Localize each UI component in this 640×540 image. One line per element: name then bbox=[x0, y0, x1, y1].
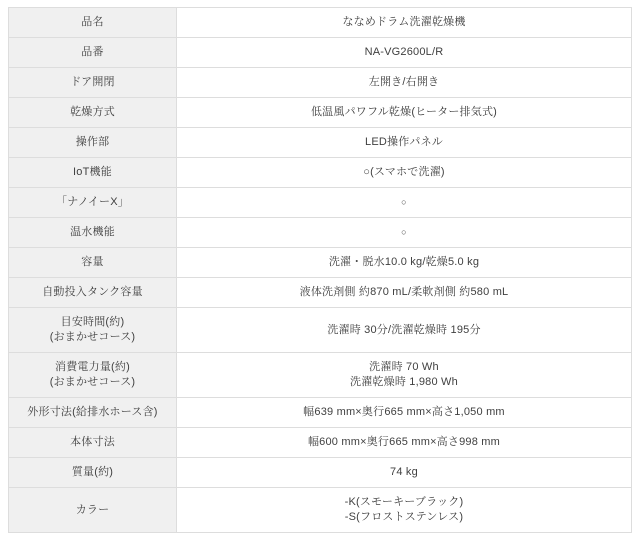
spec-row: カラー-K(スモーキーブラック)-S(フロストステンレス) bbox=[9, 488, 632, 533]
spec-label-cell: 容量 bbox=[9, 248, 177, 278]
spec-value-cell: 幅600 mm×奥行665 mm×高さ998 mm bbox=[177, 428, 632, 458]
spec-label-cell: 品番 bbox=[9, 38, 177, 68]
circle-mark: ○ bbox=[183, 225, 625, 240]
spec-value-line: 幅639 mm×奥行665 mm×高さ1,050 mm bbox=[183, 405, 625, 420]
spec-label-line: (おまかせコース) bbox=[15, 375, 170, 390]
spec-label-line: ドア開閉 bbox=[15, 75, 170, 90]
spec-label-line: 「ナノイーX」 bbox=[15, 195, 170, 210]
spec-row: 質量(約)74 kg bbox=[9, 458, 632, 488]
spec-row: 目安時間(約)(おまかせコース)洗濯時 30分/洗濯乾燥時 195分 bbox=[9, 308, 632, 353]
spec-value-cell: 左開き/右開き bbox=[177, 68, 632, 98]
spec-value-cell: ななめドラム洗濯乾燥機 bbox=[177, 8, 632, 38]
spec-row: 温水機能○ bbox=[9, 218, 632, 248]
spec-label-cell: 温水機能 bbox=[9, 218, 177, 248]
spec-value-cell: -K(スモーキーブラック)-S(フロストステンレス) bbox=[177, 488, 632, 533]
spec-label-cell: 自動投入タンク容量 bbox=[9, 278, 177, 308]
spec-table-container: 品名ななめドラム洗濯乾燥機品番NA-VG2600L/Rドア開閉左開き/右開き乾燥… bbox=[8, 7, 632, 533]
spec-value-line: ○(スマホで洗濯) bbox=[183, 165, 625, 180]
spec-label-line: 質量(約) bbox=[15, 465, 170, 480]
spec-row: 容量洗濯・脱水10.0 kg/乾燥5.0 kg bbox=[9, 248, 632, 278]
spec-label-line: 目安時間(約) bbox=[15, 315, 170, 330]
spec-row: 操作部LED操作パネル bbox=[9, 128, 632, 158]
spec-label-line: 外形寸法(給排水ホース含) bbox=[15, 405, 170, 420]
spec-label-line: 乾燥方式 bbox=[15, 105, 170, 120]
spec-label-line: 品名 bbox=[15, 15, 170, 30]
spec-label-cell: 質量(約) bbox=[9, 458, 177, 488]
spec-label-line: 温水機能 bbox=[15, 225, 170, 240]
spec-row: 外形寸法(給排水ホース含)幅639 mm×奥行665 mm×高さ1,050 mm bbox=[9, 398, 632, 428]
spec-value-cell: ○ bbox=[177, 218, 632, 248]
spec-label-line: 消費電力量(約) bbox=[15, 360, 170, 375]
spec-label-line: IoT機能 bbox=[15, 165, 170, 180]
spec-value-line: 幅600 mm×奥行665 mm×高さ998 mm bbox=[183, 435, 625, 450]
spec-value-cell: ○ bbox=[177, 188, 632, 218]
spec-value-cell: ○(スマホで洗濯) bbox=[177, 158, 632, 188]
spec-value-cell: 洗濯時 70 Wh洗濯乾燥時 1,980 Wh bbox=[177, 353, 632, 398]
spec-label-line: 操作部 bbox=[15, 135, 170, 150]
spec-value-cell: 74 kg bbox=[177, 458, 632, 488]
spec-value-line: ななめドラム洗濯乾燥機 bbox=[183, 15, 625, 30]
spec-label-line: カラー bbox=[15, 503, 170, 518]
spec-value-cell: LED操作パネル bbox=[177, 128, 632, 158]
spec-row: 品名ななめドラム洗濯乾燥機 bbox=[9, 8, 632, 38]
spec-value-line: -K(スモーキーブラック) bbox=[183, 495, 625, 510]
spec-value-line: 液体洗剤側 約870 mL/柔軟剤側 約580 mL bbox=[183, 285, 625, 300]
spec-label-line: 品番 bbox=[15, 45, 170, 60]
spec-value-line: 低温風パワフル乾燥(ヒーター排気式) bbox=[183, 105, 625, 120]
spec-row: 自動投入タンク容量液体洗剤側 約870 mL/柔軟剤側 約580 mL bbox=[9, 278, 632, 308]
spec-row: IoT機能○(スマホで洗濯) bbox=[9, 158, 632, 188]
spec-row: 品番NA-VG2600L/R bbox=[9, 38, 632, 68]
spec-value-cell: 洗濯時 30分/洗濯乾燥時 195分 bbox=[177, 308, 632, 353]
spec-value-cell: 幅639 mm×奥行665 mm×高さ1,050 mm bbox=[177, 398, 632, 428]
spec-row: 「ナノイーX」○ bbox=[9, 188, 632, 218]
spec-value-line: NA-VG2600L/R bbox=[183, 45, 625, 60]
spec-value-line: 左開き/右開き bbox=[183, 75, 625, 90]
spec-label-cell: カラー bbox=[9, 488, 177, 533]
spec-value-cell: NA-VG2600L/R bbox=[177, 38, 632, 68]
spec-row: 乾燥方式低温風パワフル乾燥(ヒーター排気式) bbox=[9, 98, 632, 128]
spec-value-line: 洗濯乾燥時 1,980 Wh bbox=[183, 375, 625, 390]
spec-value-line: -S(フロストステンレス) bbox=[183, 510, 625, 525]
spec-value-line: 74 kg bbox=[183, 465, 625, 480]
spec-label-cell: 品名 bbox=[9, 8, 177, 38]
spec-label-cell: 「ナノイーX」 bbox=[9, 188, 177, 218]
spec-label-cell: 目安時間(約)(おまかせコース) bbox=[9, 308, 177, 353]
spec-row: ドア開閉左開き/右開き bbox=[9, 68, 632, 98]
spec-label-line: (おまかせコース) bbox=[15, 330, 170, 345]
spec-label-cell: 消費電力量(約)(おまかせコース) bbox=[9, 353, 177, 398]
spec-value-line: 洗濯時 70 Wh bbox=[183, 360, 625, 375]
spec-label-line: 本体寸法 bbox=[15, 435, 170, 450]
spec-label-line: 自動投入タンク容量 bbox=[15, 285, 170, 300]
spec-value-cell: 洗濯・脱水10.0 kg/乾燥5.0 kg bbox=[177, 248, 632, 278]
spec-label-line: 容量 bbox=[15, 255, 170, 270]
spec-value-line: 洗濯時 30分/洗濯乾燥時 195分 bbox=[183, 323, 625, 338]
spec-table-body: 品名ななめドラム洗濯乾燥機品番NA-VG2600L/Rドア開閉左開き/右開き乾燥… bbox=[9, 8, 632, 533]
spec-label-cell: IoT機能 bbox=[9, 158, 177, 188]
spec-label-cell: 乾燥方式 bbox=[9, 98, 177, 128]
spec-value-cell: 液体洗剤側 約870 mL/柔軟剤側 約580 mL bbox=[177, 278, 632, 308]
spec-value-line: LED操作パネル bbox=[183, 135, 625, 150]
spec-label-cell: 本体寸法 bbox=[9, 428, 177, 458]
spec-value-cell: 低温風パワフル乾燥(ヒーター排気式) bbox=[177, 98, 632, 128]
spec-row: 消費電力量(約)(おまかせコース)洗濯時 70 Wh洗濯乾燥時 1,980 Wh bbox=[9, 353, 632, 398]
spec-label-cell: ドア開閉 bbox=[9, 68, 177, 98]
product-spec-table: 品名ななめドラム洗濯乾燥機品番NA-VG2600L/Rドア開閉左開き/右開き乾燥… bbox=[8, 7, 632, 533]
spec-value-line: 洗濯・脱水10.0 kg/乾燥5.0 kg bbox=[183, 255, 625, 270]
spec-row: 本体寸法幅600 mm×奥行665 mm×高さ998 mm bbox=[9, 428, 632, 458]
spec-label-cell: 操作部 bbox=[9, 128, 177, 158]
circle-mark: ○ bbox=[183, 195, 625, 210]
spec-label-cell: 外形寸法(給排水ホース含) bbox=[9, 398, 177, 428]
